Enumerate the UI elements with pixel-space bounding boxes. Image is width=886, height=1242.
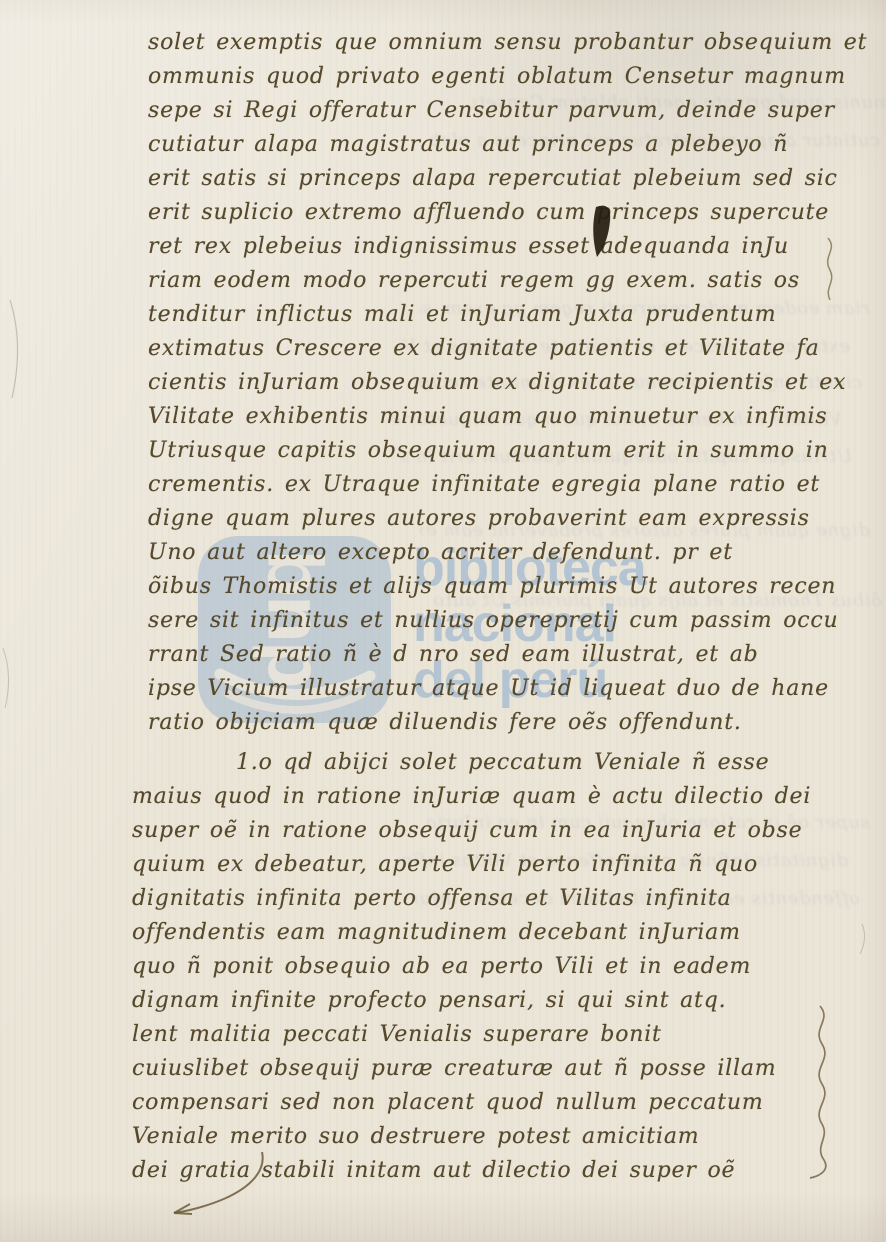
manuscript-line: tenditur inflictus mali et inJuriam Juxt…	[148, 298, 848, 332]
handwritten-text: solet exemptis que omnium sensu probantu…	[0, 0, 886, 1242]
manuscript-line: ret rex plebeius indignissimus esset ade…	[148, 230, 848, 264]
manuscript-line: erit suplicio extremo affluendo cum prin…	[148, 196, 848, 230]
manuscript-line: sere sit infinitus et nullius operepreti…	[148, 604, 848, 638]
manuscript-line: riam eodem modo repercuti regem gg exem.…	[148, 264, 848, 298]
manuscript-line: quo ñ ponit obsequio ab ea perto Vili et…	[132, 950, 848, 984]
manuscript-line: dignitatis infinita perto offensa et Vil…	[132, 882, 848, 916]
manuscript-line: Uno aut altero excepto acriter defendunt…	[148, 536, 848, 570]
manuscript-line: Vilitate exhibentis minui quam quo minue…	[148, 400, 848, 434]
manuscript-page: ommunis quod privato egenti oblatum Cens…	[0, 0, 886, 1242]
manuscript-line: erit satis si princeps alapa repercutiat…	[148, 162, 848, 196]
paragraph-1: solet exemptis que omnium sensu probantu…	[148, 26, 848, 740]
manuscript-line: sepe si Regi offeratur Censebitur parvum…	[148, 94, 848, 128]
manuscript-line: compensari sed non placent quod nullum p…	[132, 1086, 848, 1120]
manuscript-line: ommunis quod privato egenti oblatum Cens…	[148, 60, 848, 94]
manuscript-line: offendentis eam magnitudinem decebant in…	[132, 916, 848, 950]
manuscript-line: digne quam plures autores probaverint ea…	[148, 502, 848, 536]
manuscript-line: ipse Vicium illustratur atque Ut id liqu…	[148, 672, 848, 706]
manuscript-line: Utriusque capitis obsequium quantum erit…	[148, 434, 848, 468]
manuscript-line: cientis inJuriam obsequium ex dignitate …	[148, 366, 848, 400]
manuscript-line: lent malitia peccati Venialis superare b…	[132, 1018, 848, 1052]
manuscript-line: rrant Sed ratio ñ è d nro sed eam illust…	[148, 638, 848, 672]
manuscript-line: dei gratia stabili initam aut dilectio d…	[132, 1154, 848, 1188]
manuscript-line: solet exemptis que omnium sensu probantu…	[148, 26, 848, 60]
manuscript-line: cuiuslibet obsequij puræ creaturæ aut ñ …	[132, 1052, 848, 1086]
paragraph-2: 1.o qd abijci solet peccatum Veniale ñ e…	[132, 746, 848, 1188]
manuscript-line: crementis. ex Utraque infinitate egregia…	[148, 468, 848, 502]
manuscript-line: maius quod in ratione inJuriæ quam è act…	[132, 780, 848, 814]
manuscript-line: extimatus Crescere ex dignitate patienti…	[148, 332, 848, 366]
manuscript-line: Veniale merito suo destruere potest amic…	[132, 1120, 848, 1154]
manuscript-line: ratio obijciam quæ diluendis fere oẽs of…	[148, 706, 848, 740]
manuscript-line: quium ex debeatur, aperte Vili perto inf…	[132, 848, 848, 882]
manuscript-line: super oẽ in ratione obsequij cum in ea i…	[132, 814, 848, 848]
manuscript-line: dignam infinite profecto pensari, si qui…	[132, 984, 848, 1018]
manuscript-line: õibus Thomistis et alijs quam plurimis U…	[148, 570, 848, 604]
manuscript-line: 1.o qd abijci solet peccatum Veniale ñ e…	[132, 746, 848, 780]
manuscript-line: cutiatur alapa magistratus aut princeps …	[148, 128, 848, 162]
